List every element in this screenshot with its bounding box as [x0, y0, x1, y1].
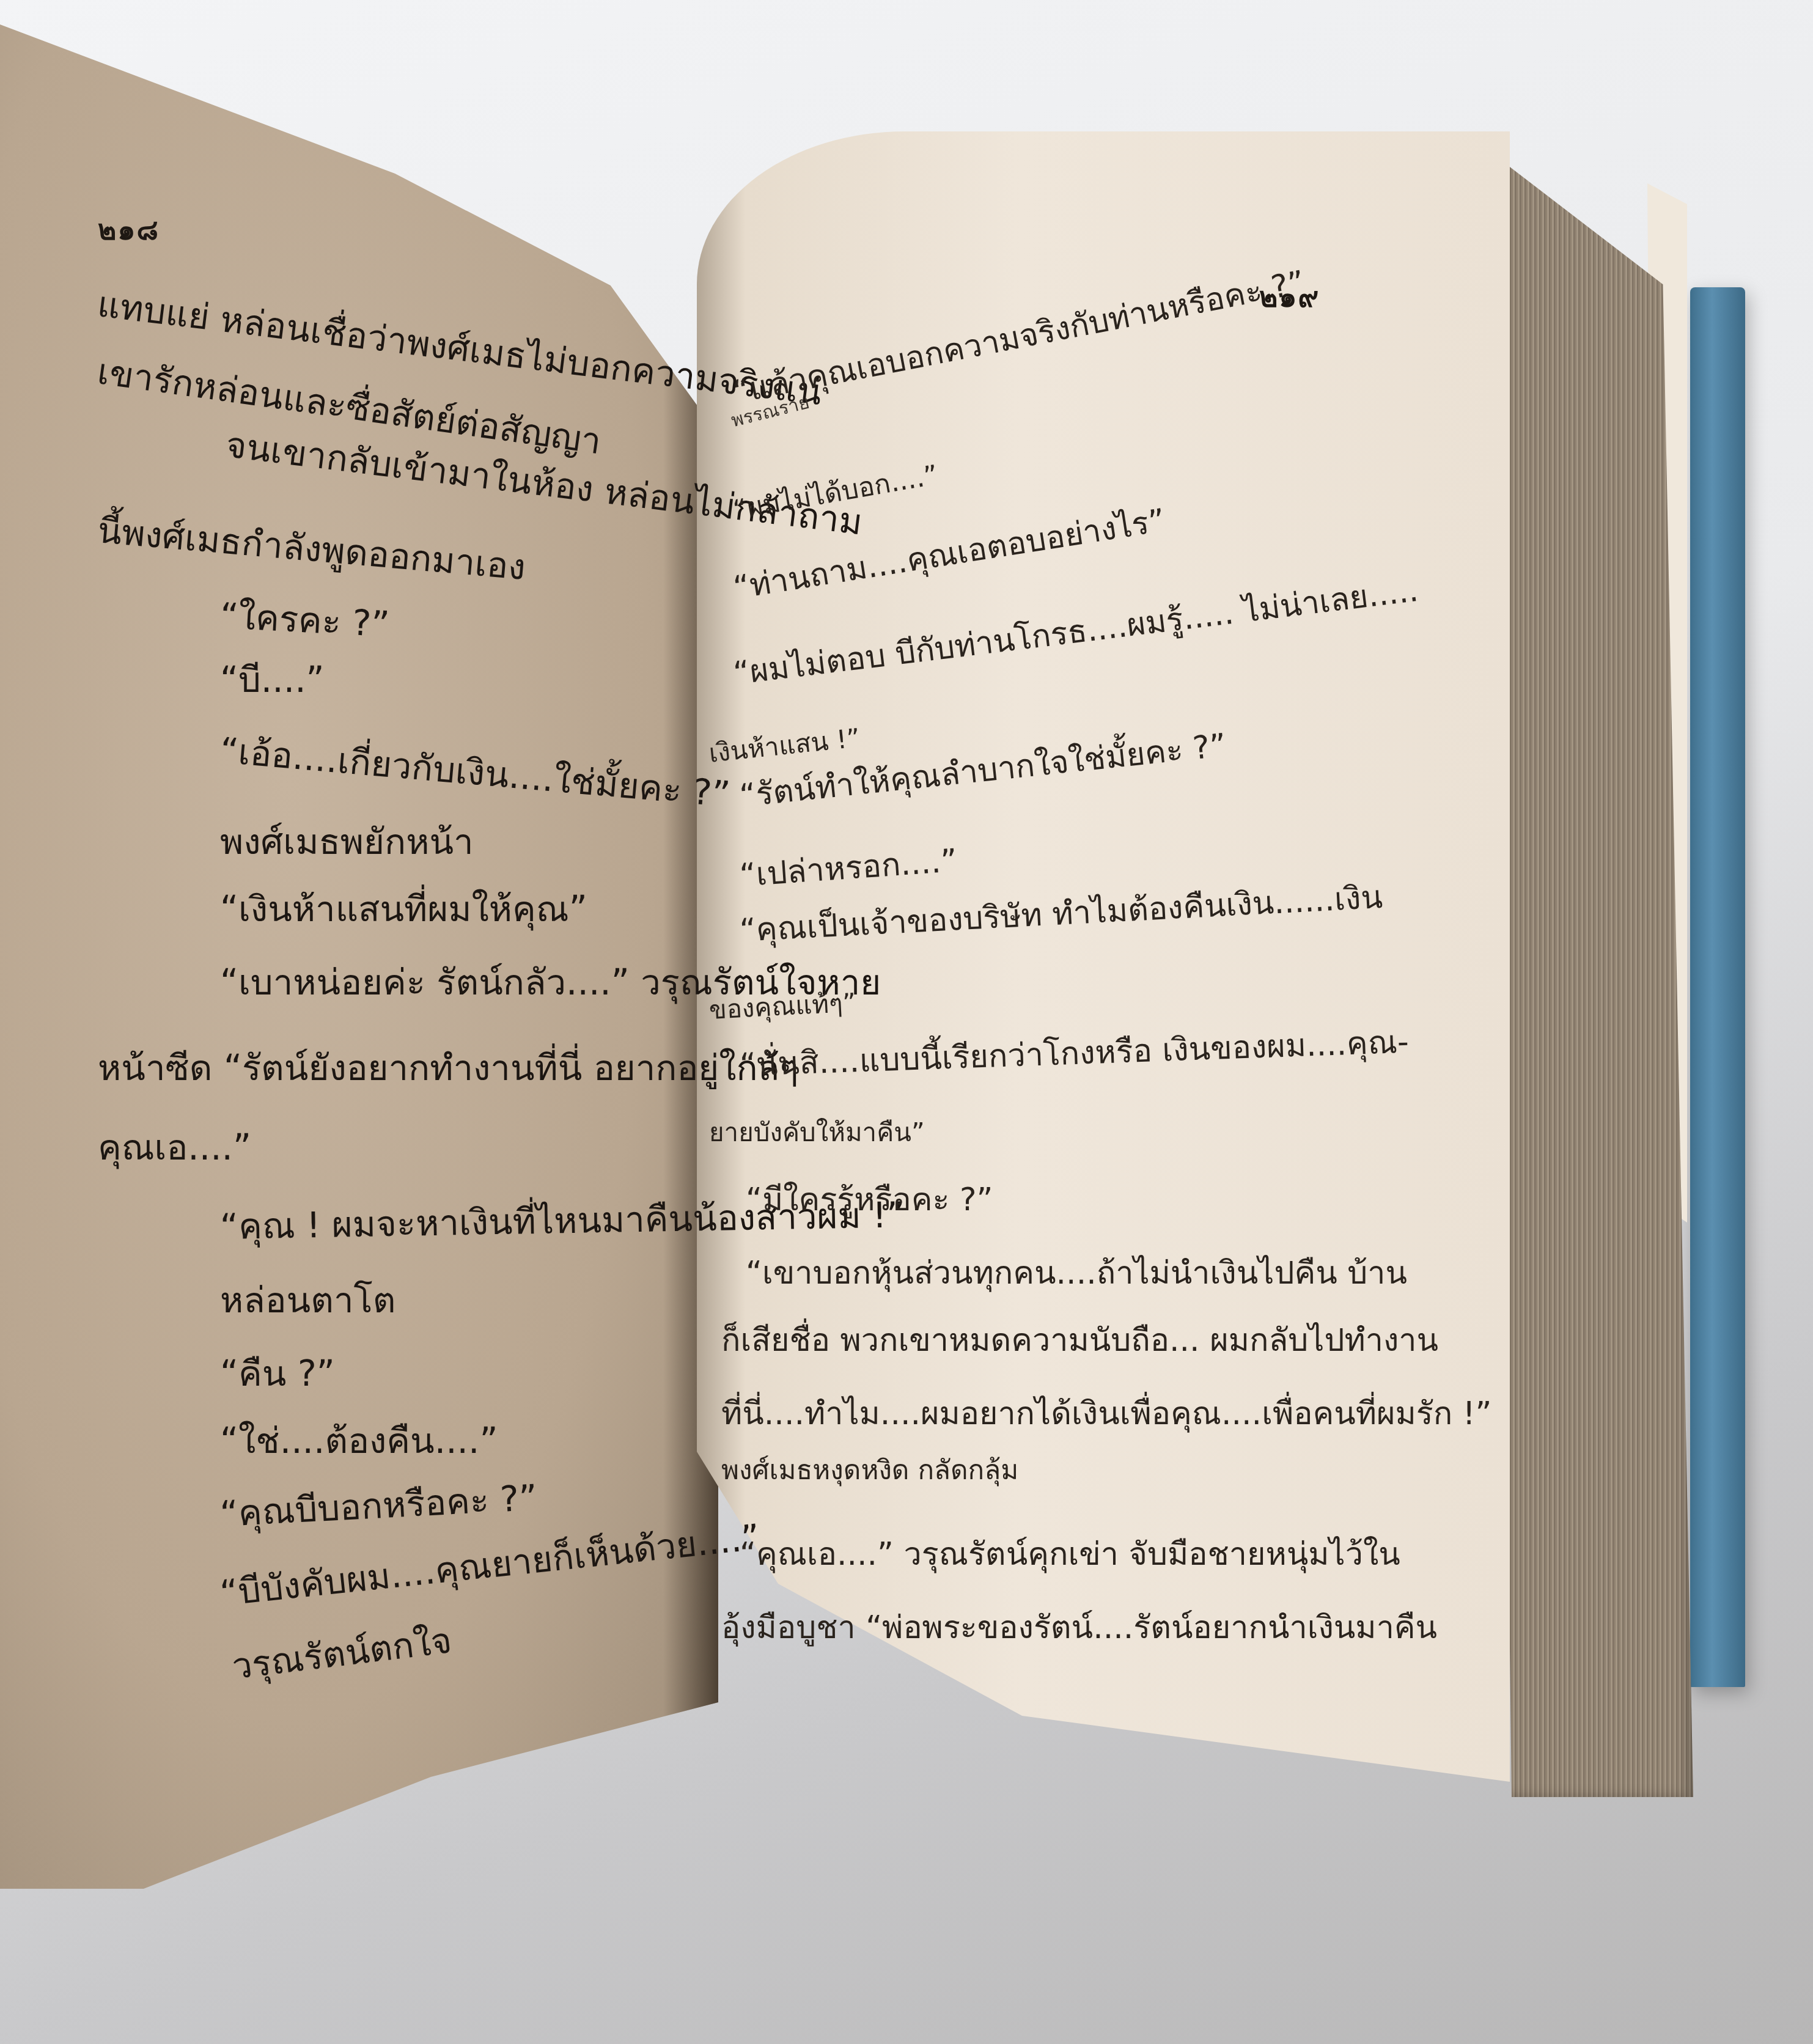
text-line: “คืน ?”	[220, 1345, 335, 1402]
text-line: “บี....”	[220, 651, 325, 708]
blue-book-cover	[1690, 287, 1745, 1687]
text-line: ของคุณแท้ๆ”	[708, 982, 857, 1031]
text-line: “เขาบอกหุ้นส่วนทุกคน....ถ้าไม่นำเงินไปคื…	[746, 1247, 1407, 1298]
text-line: “ใครคะ ?”	[219, 587, 391, 652]
text-line: ก็เสียชื่อ พวกเขาหมดความนับถือ... ผมกลับ…	[721, 1314, 1438, 1365]
photo-scene: ๒๑๘ แทบแย่ หล่อนเชื่อว่าพงศ์เมธไม่บอกควา…	[0, 0, 1813, 2044]
text-line: “มีใครรู้หรือคะ ?”	[746, 1174, 993, 1224]
text-line: ยายบังคับให้มาคืน”	[709, 1112, 925, 1153]
text-line: “เงินห้าแสนที่ผมให้คุณ”	[220, 880, 587, 937]
left-page-number: ๒๑๘	[98, 208, 160, 252]
text-line: “คุณเอ....” วรุณรัตน์คุกเข่า จับมือชายหน…	[740, 1528, 1400, 1579]
text-line: คุณเอ....”	[98, 1119, 251, 1175]
text-line: หล่อนตาโต	[220, 1271, 395, 1328]
text-line: ที่นี่....ทำไม....ผมอยากได้เงินเพื่อคุณ.…	[721, 1388, 1492, 1438]
text-line: “ใช่....ต้องคืน....”	[220, 1412, 498, 1469]
text-line: พงศ์เมธพยักหน้า	[220, 813, 474, 870]
text-line: หน้าซีด “รัตน์ยังอยากทำงานที่นี่ อยากอยู…	[98, 1039, 798, 1096]
text-line: พงศ์เมธหงุดหงิด กลัดกลุ้ม	[721, 1449, 1018, 1491]
page-stack-edge	[1491, 153, 1693, 1797]
text-line: อุ้งมือบูชา “พ่อพระของรัตน์....รัตน์อยาก…	[721, 1601, 1437, 1652]
